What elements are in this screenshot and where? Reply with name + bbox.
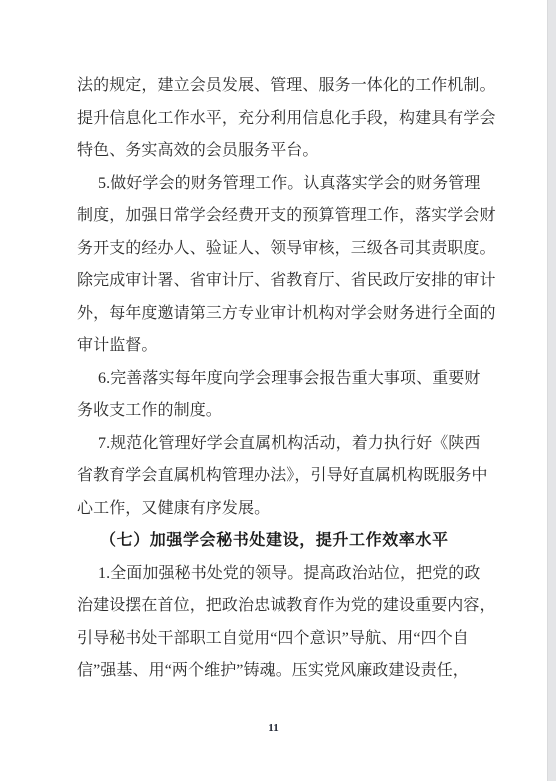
text-line: 制度，加强日常学会经费开支的预算管理工作，落实学会财 [77, 200, 499, 233]
text-line: 务开支的经办人、验证人、领导审核，三级各司其责职度。 [77, 233, 499, 266]
text-block: 法的规定，建立会员发展、管理、服务一体化的工作机制。 提升信息化工作水平，充分利… [77, 70, 499, 688]
section-heading: （七）加强学会秘书处建设，提升工作效率水平 [77, 525, 499, 558]
text-line: 法的规定，建立会员发展、管理、服务一体化的工作机制。 [77, 70, 499, 103]
text-line: 6.完善落实每年度向学会理事会报告重大事项、重要财 [77, 363, 499, 396]
text-line: 引导秘书处干部职工自觉用“四个意识”导航、用“四个自 [77, 623, 499, 656]
text-line: 特色、务实高效的会员服务平台。 [77, 135, 499, 168]
text-line: 1.全面加强秘书处党的领导。提高政治站位，把党的政 [77, 558, 499, 591]
text-line: 除完成审计署、省审计厅、省教育厅、省民政厅安排的审计 [77, 265, 499, 298]
text-line: 外，每年度邀请第三方专业审计机构对学会财务进行全面的 [77, 298, 499, 331]
text-line: 治建设摆在首位，把政治忠诚教育作为党的建设重要内容， [77, 590, 499, 623]
text-line: 省教育学会直属机构管理办法》，引导好直属机构既服务中 [77, 460, 499, 493]
text-line: 信”强基、用“两个维护”铸魂。压实党风廉政建设责任， [77, 655, 499, 688]
page-edge-strip [547, 0, 556, 781]
text-line: 提升信息化工作水平，充分利用信息化手段，构建具有学会 [77, 103, 499, 136]
document-page: 法的规定，建立会员发展、管理、服务一体化的工作机制。 提升信息化工作水平，充分利… [0, 0, 556, 781]
text-line: 5.做好学会的财务管理工作。认真落实学会的财务管理 [77, 168, 499, 201]
text-line: 7.规范化管理好学会直属机构活动，着力执行好《陕西 [77, 428, 499, 461]
text-line: 务收支工作的制度。 [77, 395, 499, 428]
page-number: 11 [0, 722, 547, 734]
text-line: 心工作，又健康有序发展。 [77, 493, 499, 526]
text-line: 审计监督。 [77, 330, 499, 363]
